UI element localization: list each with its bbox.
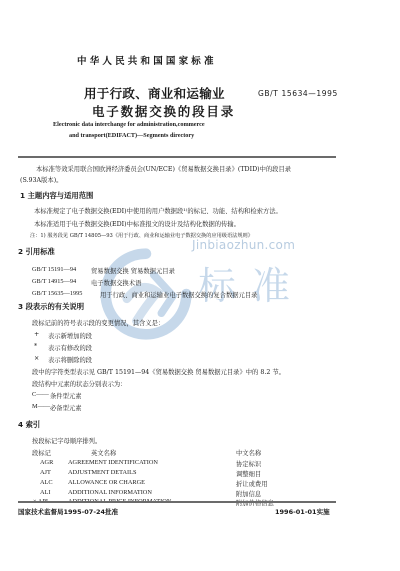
symbol-meaning: 表示将删除的段 [48, 355, 92, 364]
section-1-heading: 1 主题内容与适用范围 [20, 191, 93, 201]
section-3-heading: 3 段表示的有关说明 [18, 302, 84, 312]
reference-title: 贸易数据交换 贸易数据元目录 [91, 266, 175, 275]
segment-chinese-name: 附加信息 [236, 489, 261, 498]
document-title-line2: 电子数据交换的段目录 [92, 102, 235, 120]
section-4-heading: 4 索引 [18, 420, 40, 430]
segment-english-name: ADDITIONAL INFORMATION [68, 489, 152, 496]
reference-code: GB/T 15635—1995 [32, 290, 82, 297]
segment-english-name: ADJUSTMENT DETAILS [68, 469, 136, 476]
status-meaning: 必备型元素 [50, 403, 81, 412]
section-4-intro: 按段标记字母顺序排列。 [32, 436, 101, 445]
symbol-meaning: 表示新增加的段 [48, 331, 92, 340]
reference-title: 用于行政、商业和运输业电子数据交换的复合数据元目录 [100, 290, 257, 299]
footer-divider [18, 501, 336, 503]
intro-line2: (S.93A版本)。 [20, 175, 62, 184]
reference-title: 电子数据交换术语 [91, 278, 141, 287]
reference-code: GB/T 14915—94 [32, 278, 76, 285]
effective-date: 1996-01-01实施 [275, 507, 330, 516]
column-header-chinese: 中文名称 [236, 448, 261, 457]
symbol-plus: + [34, 331, 39, 338]
reference-code: GB/T 15191—94 [32, 266, 76, 273]
section-1-paragraph-2: 本标准适用于电子数据交换(EDI)中标准报文的设计及结构化数据的传输。 [34, 219, 240, 228]
section-1-footnote: 注：1) 服务段见 GB/T 14805—93《用于行政、商业和运输业电子数据交… [30, 232, 253, 239]
section-3-intro: 段标记前的符号表示段的变更情况，其含义是： [32, 318, 164, 327]
status-code-m: M—— [32, 403, 50, 410]
symbol-asterisk: * [34, 343, 37, 350]
watermark-url: Jinbiaozhun.com [192, 238, 295, 252]
column-header-english: 英文名称 [91, 448, 116, 457]
english-title-line1: Electronic data interchange for administ… [53, 121, 205, 128]
column-header-tag: 段标记 [32, 448, 51, 457]
segment-english-name: ALLOWANCE OR CHARGE [68, 479, 145, 486]
symbol-cross: × [34, 355, 39, 362]
segment-chinese-name: 折让或费用 [236, 479, 267, 488]
header-divider [18, 156, 336, 158]
segment-chinese-name: 协定标识 [236, 459, 261, 468]
segment-chinese-name: 调整细目 [236, 469, 261, 478]
status-meaning: 条件型元素 [50, 391, 81, 400]
char-type-note: 段中的字符类型表示见 GB/T 15191—94《贸易数据交换 贸易数据元目录》… [32, 367, 285, 376]
intro-line1: 本标准等效采用联合国欧洲经济委员会(UN/ECE)《贸易数据交换目录》(TDID… [36, 164, 291, 173]
status-intro: 段结构中元素的状态分别表示为： [32, 379, 126, 388]
section-2-heading: 2 引用标准 [18, 247, 55, 257]
segment-tag: AGR [40, 459, 53, 466]
segment-tag: AJT [40, 469, 51, 476]
national-standard-label: 中华人民共和国国家标准 [77, 53, 217, 67]
status-code-c: C—— [32, 391, 49, 398]
standard-number: GB/T 15634—1995 [258, 89, 338, 98]
segment-english-name: AGREEMENT IDENTIFICATION [68, 459, 158, 466]
section-1-paragraph-1: 本标准规定了电子数据交换(EDI)中使用的用户数据段¹⁾的标记、功能、结构和检索… [34, 206, 282, 215]
english-title-line2: and transport(EDIFACT)—Segments director… [69, 132, 194, 139]
segment-tag: ALI [40, 489, 51, 496]
document-title-line1: 用于行政、商业和运输业 [84, 84, 225, 102]
symbol-meaning: 表示有修改的段 [48, 343, 92, 352]
approval-date: 国家技术监督局1995-07-24批准 [18, 507, 118, 516]
watermark-text: 标准 [198, 255, 306, 310]
segment-tag: ALC [40, 479, 53, 486]
